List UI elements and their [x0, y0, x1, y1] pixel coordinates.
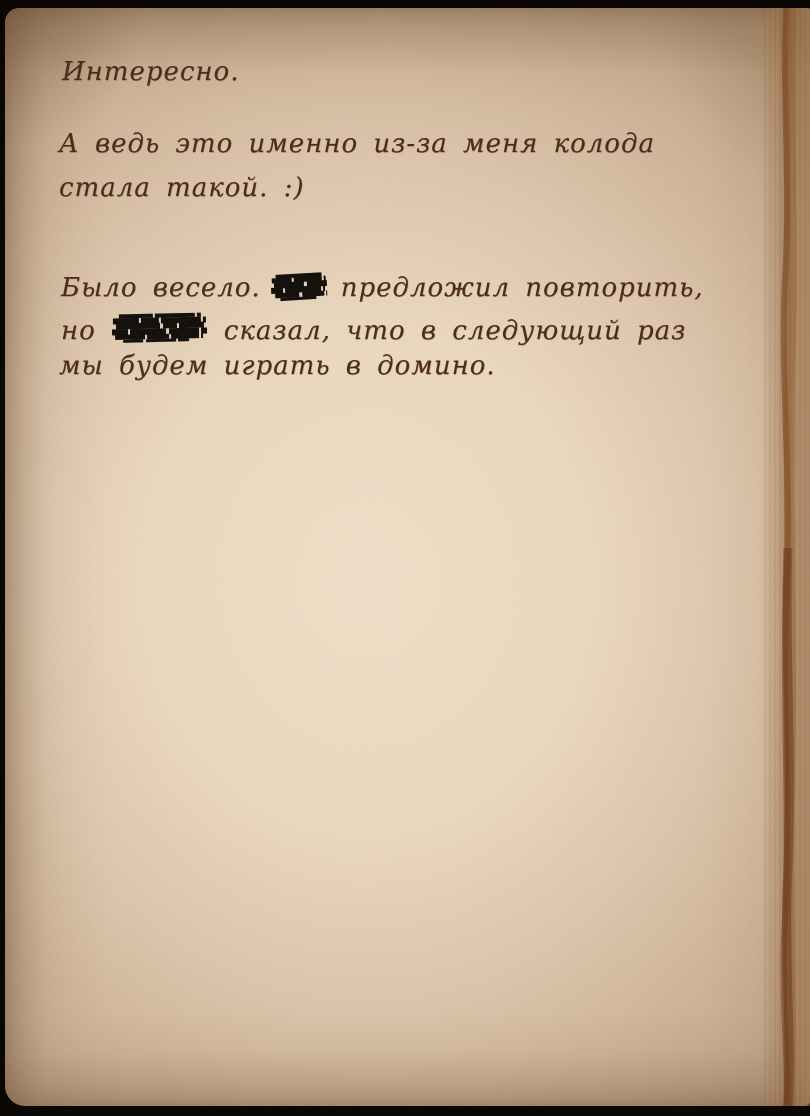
book-fore-edge	[764, 8, 810, 1106]
redaction-scribble-2	[109, 313, 209, 344]
text-segment: но	[61, 316, 96, 346]
handwriting-line-1: Интересно.	[62, 57, 239, 87]
handwriting-line-6: мы будем играть в домино.	[59, 351, 496, 381]
diary-page: Интересно. А ведь это именно из-за меня …	[5, 8, 810, 1106]
handwriting-line-3: стала такой. :)	[59, 173, 305, 203]
redaction-scribble-1	[268, 273, 330, 301]
fore-edge-streak	[764, 8, 810, 1106]
handwriting-line-4: Было весело. предложил повторить,	[61, 273, 704, 303]
handwriting-line-5: но сказал, что в следующий раз	[61, 313, 686, 346]
handwriting-line-2: А ведь это именно из-за меня колода	[59, 129, 655, 159]
text-segment: предложил повторить,	[341, 273, 704, 303]
text-segment: сказал, что в следующий раз	[224, 316, 687, 346]
photo-background: Интересно. А ведь это именно из-за меня …	[0, 0, 810, 1116]
text-segment: Было весело.	[61, 273, 261, 303]
